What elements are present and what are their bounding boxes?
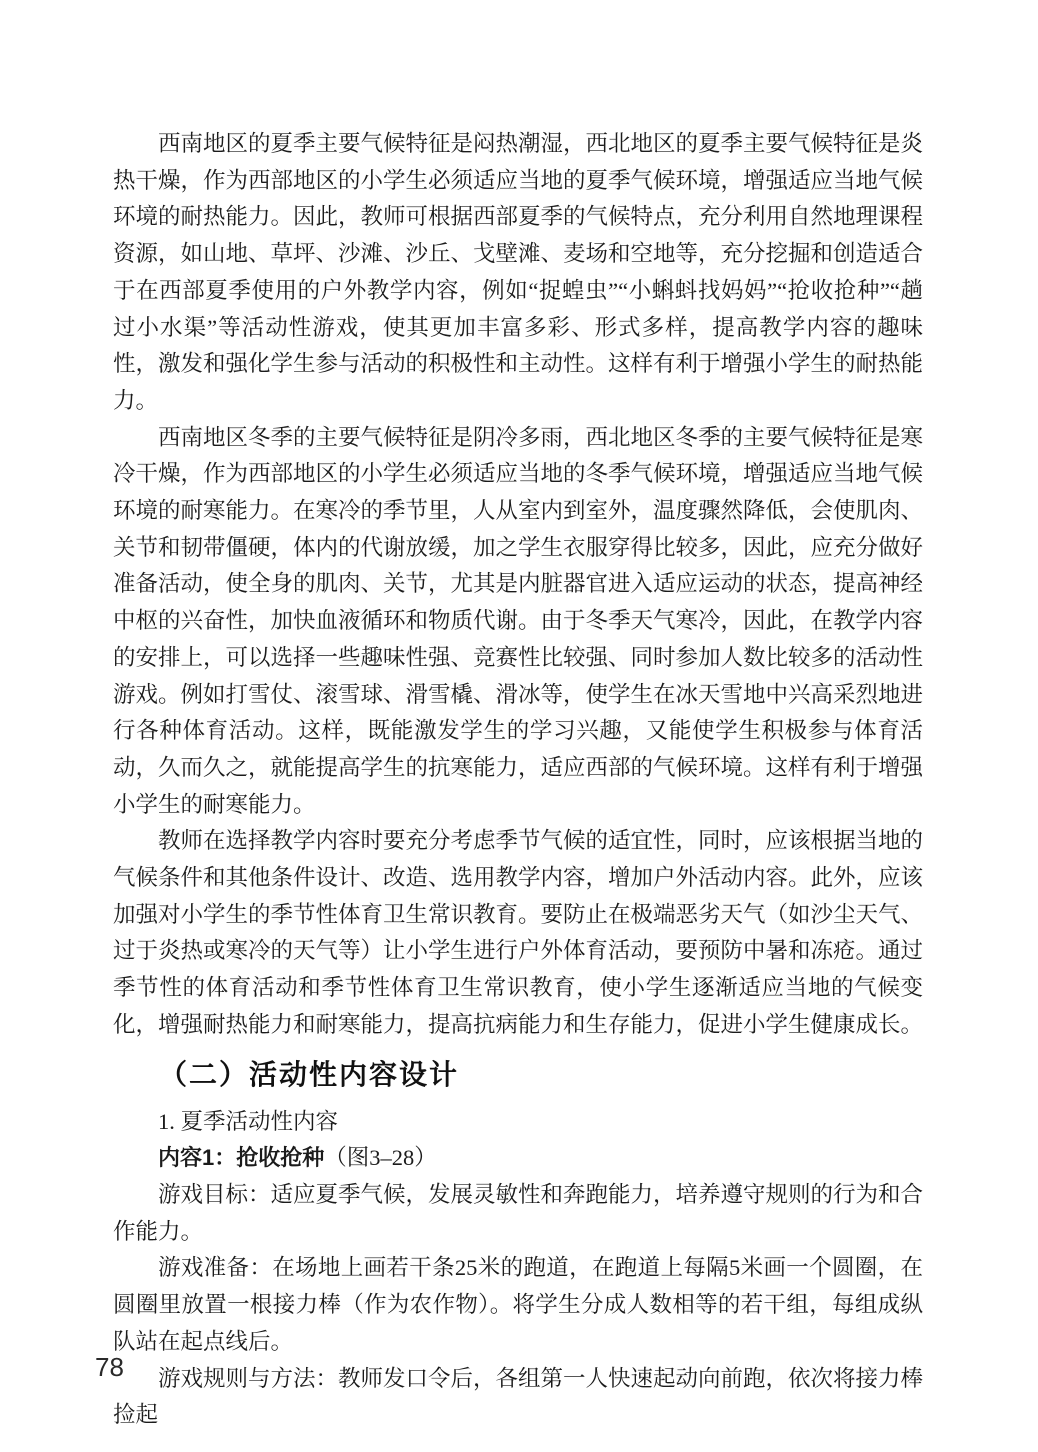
section-heading: （二）活动性内容设计 — [113, 1057, 923, 1095]
subsection-title: 1. 夏季活动性内容 — [113, 1104, 923, 1141]
content-item-title: 内容1：抢收抢种（图3–28） — [113, 1140, 923, 1177]
paragraph-game-rules: 游戏规则与方法：教师发口令后，各组第一人快速起动向前跑，依次将接力棒捡起 — [113, 1361, 923, 1434]
page-number: 78 — [95, 1352, 124, 1383]
document-page: 西南地区的夏季主要气候特征是闷热潮湿，西北地区的夏季主要气候特征是炎热干燥，作为… — [0, 0, 1038, 1452]
paragraph-game-preparation: 游戏准备：在场地上画若干条25米的跑道，在跑道上每隔5米画一个圆圈，在圆圈里放置… — [113, 1250, 923, 1360]
content-item-label: 内容1：抢收抢种 — [158, 1145, 324, 1170]
paragraph-summer-climate: 西南地区的夏季主要气候特征是闷热潮湿，西北地区的夏季主要气候特征是炎热干燥，作为… — [113, 126, 923, 420]
paragraph-winter-climate: 西南地区冬季的主要气候特征是阴冷多雨，西北地区冬季的主要气候特征是寒冷干燥，作为… — [113, 420, 923, 824]
page-body: 西南地区的夏季主要气候特征是闷热潮湿，西北地区的夏季主要气候特征是炎热干燥，作为… — [113, 126, 923, 1434]
paragraph-teacher-guidance: 教师在选择教学内容时要充分考虑季节气候的适宜性，同时，应该根据当地的气候条件和其… — [113, 823, 923, 1043]
paragraph-game-goal: 游戏目标：适应夏季气候，发展灵敏性和奔跑能力，培养遵守规则的行为和合作能力。 — [113, 1177, 923, 1250]
figure-reference: （图3–28） — [324, 1145, 437, 1170]
